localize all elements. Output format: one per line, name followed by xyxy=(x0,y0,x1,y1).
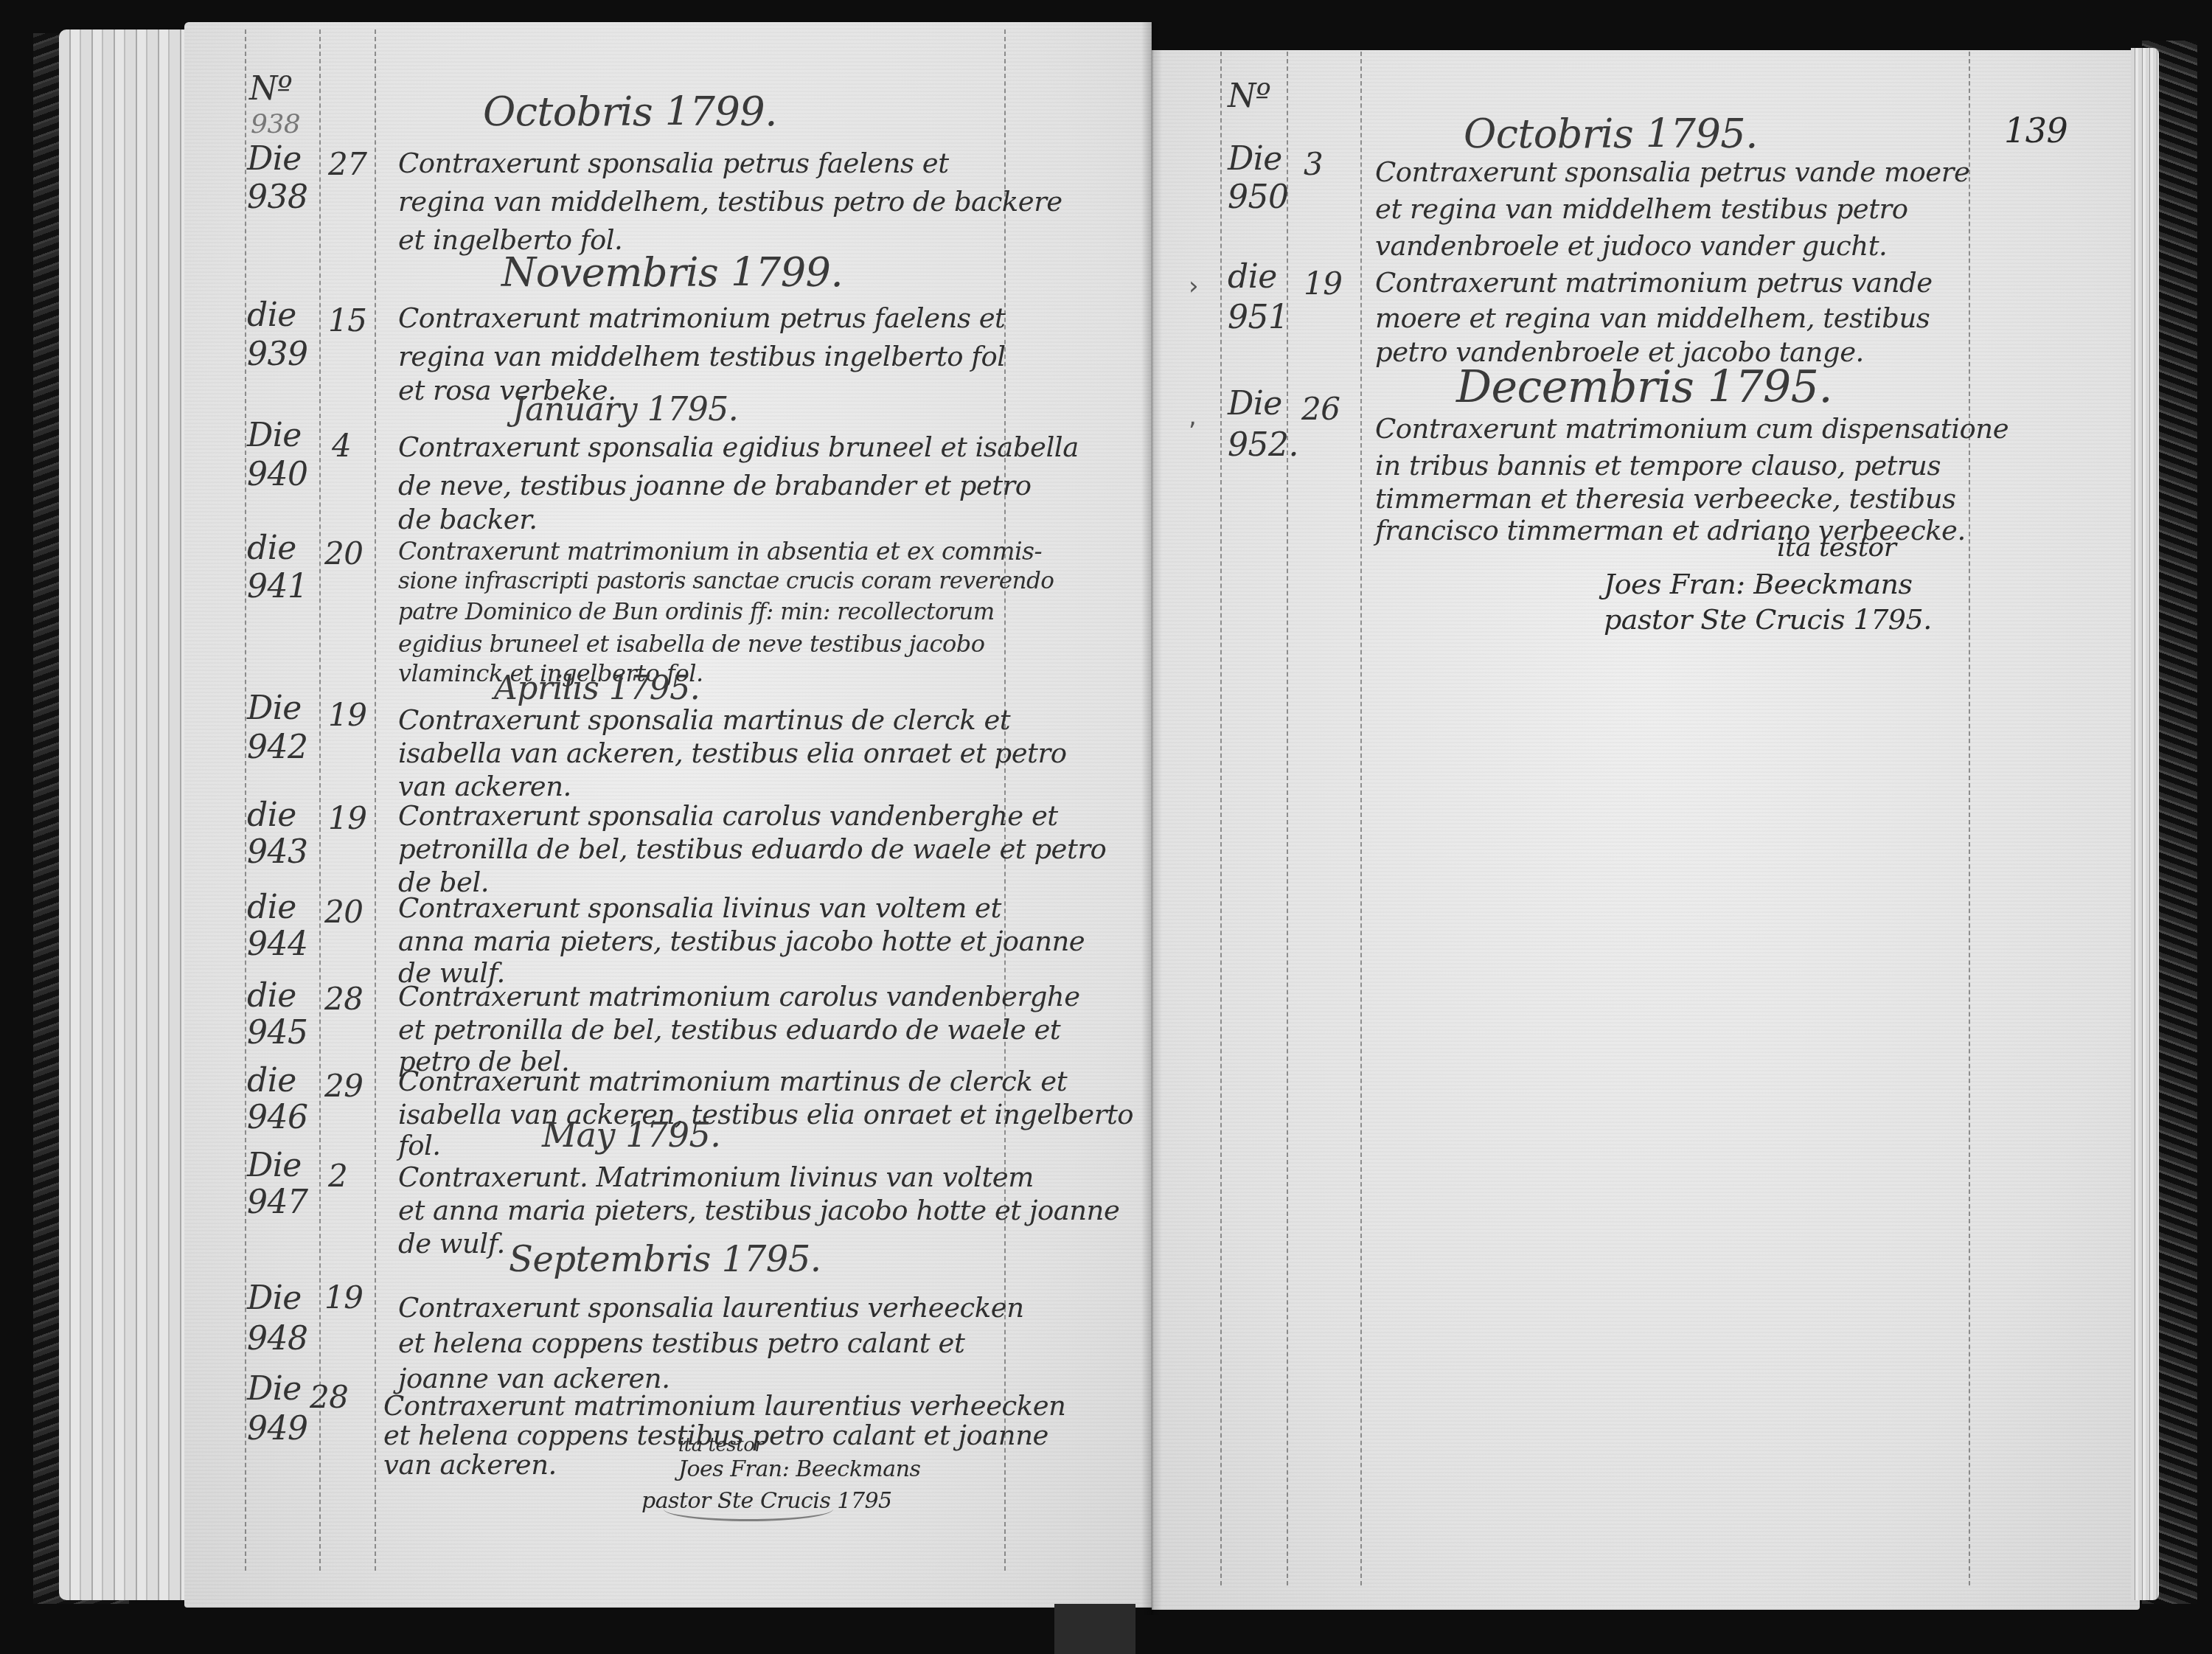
entry-text-line: Contraxerunt sponsalia petrus vande moer… xyxy=(1375,156,1969,188)
entry-number: 940 xyxy=(247,456,307,493)
header-number: 938 xyxy=(251,109,300,139)
month-heading: Novembris 1799. xyxy=(501,249,843,296)
entry-die: die xyxy=(247,977,296,1015)
entry-day: 2 xyxy=(328,1158,347,1194)
entry-day: 26 xyxy=(1301,391,1340,427)
entry-text-line: Contraxerunt. Matrimonium livinus van vo… xyxy=(398,1161,1034,1193)
entry-text-line: timmerman et theresia verbeecke, testibu… xyxy=(1375,483,1956,515)
entry-text-line: petronilla de bel, testibus eduardo de w… xyxy=(398,833,1106,865)
page-number: 139 xyxy=(2004,111,2067,150)
entry-day: 3 xyxy=(1304,146,1323,182)
month-heading: Octobris 1799. xyxy=(483,88,777,135)
entry-text-line: anna maria pieters, testibus jacobo hott… xyxy=(398,925,1085,957)
margin-mark: › xyxy=(1189,271,1199,301)
entry-text-line: sione infrascripti pastoris sanctae cruc… xyxy=(398,568,1054,594)
ruled-line xyxy=(1220,52,1222,1585)
entry-text-line: Contraxerunt sponsalia egidius bruneel e… xyxy=(398,431,1079,463)
ruled-line xyxy=(245,29,246,1571)
entry-text-line: Contraxerunt matrimonium laurentius verh… xyxy=(383,1390,1065,1422)
entry-day: 27 xyxy=(328,146,366,182)
entry-number: 944 xyxy=(247,925,307,963)
attestation-text: ita testor xyxy=(1777,532,1896,563)
column-header-number: Nº xyxy=(1228,77,1270,115)
signature-title: pastor Ste Crucis 1795. xyxy=(1604,603,1932,636)
entry-day: 19 xyxy=(328,800,366,836)
ruled-line xyxy=(375,29,376,1571)
entry-text-line: isabella van ackeren, testibus elia onra… xyxy=(398,1099,1133,1130)
month-heading: Octobris 1795. xyxy=(1464,111,1758,157)
ruled-line xyxy=(1287,52,1288,1585)
entry-day: 19 xyxy=(324,1279,363,1316)
entry-number: 945 xyxy=(247,1014,307,1052)
entry-number: 941 xyxy=(247,568,307,605)
entry-text-line: de backer. xyxy=(398,504,538,535)
entry-text-line: vandenbroele et judoco vander gucht. xyxy=(1375,230,1887,262)
entry-text-line: regina van middelhem testibus ingelberto… xyxy=(398,341,1006,372)
entry-day: 28 xyxy=(310,1379,348,1415)
entry-die: die xyxy=(247,1062,296,1099)
entry-text-line: Contraxerunt sponsalia laurentius verhee… xyxy=(398,1292,1023,1324)
entry-day: 19 xyxy=(1304,265,1342,302)
entry-text-line: et petronilla de bel, testibus eduardo d… xyxy=(398,1014,1060,1046)
entry-die: Die xyxy=(1228,385,1282,423)
entry-number: 948 xyxy=(247,1320,307,1358)
entry-die: die xyxy=(247,296,296,334)
entry-text-line: Contraxerunt sponsalia petrus faelens et xyxy=(398,147,949,179)
entry-day: 19 xyxy=(328,697,366,733)
entry-text-line: patre Dominico de Bun ordinis ff: min: r… xyxy=(398,599,995,625)
signature-name: Joes Fran: Beeckmans xyxy=(1604,568,1913,600)
entry-number: 952. xyxy=(1228,426,1298,464)
column-header-number: Nº xyxy=(249,70,292,108)
entry-text-line: et regina van middelhem testibus petro xyxy=(1375,193,1908,225)
entry-die: Die xyxy=(1228,140,1282,178)
book-gutter xyxy=(1141,22,1162,1615)
entry-text-line: in tribus bannis et tempore clauso, petr… xyxy=(1375,450,1941,482)
entry-die: Die xyxy=(247,689,302,727)
entry-text-line: et anna maria pieters, testibus jacobo h… xyxy=(398,1195,1119,1226)
entry-text-line: Contraxerunt matrimonium martinus de cle… xyxy=(398,1066,1067,1097)
page-stack-right xyxy=(2131,48,2159,1600)
ruled-line xyxy=(1360,52,1362,1585)
book-spine xyxy=(1054,1604,1135,1654)
entry-die: die xyxy=(247,796,296,834)
month-heading: May 1795. xyxy=(542,1115,720,1155)
entry-number: 947 xyxy=(247,1184,307,1221)
entry-die: Die xyxy=(247,1370,302,1408)
entry-number: 950 xyxy=(1228,178,1288,216)
entry-die: die xyxy=(247,529,296,567)
margin-mark: , xyxy=(1189,402,1197,431)
entry-text-line: Contraxerunt sponsalia martinus de clerc… xyxy=(398,704,1010,736)
entry-text-line: egidius bruneel et isabella de neve test… xyxy=(398,630,984,658)
entry-die: die xyxy=(1228,258,1277,296)
entry-text-line: regina van middelhem, testibus petro de … xyxy=(398,186,1062,218)
entry-text-line: Contraxerunt matrimonium carolus vandenb… xyxy=(398,981,1080,1012)
ruled-line xyxy=(1969,52,1970,1585)
entry-day: 29 xyxy=(324,1068,363,1104)
entry-number: 938 xyxy=(247,178,307,216)
entry-day: 20 xyxy=(324,535,363,571)
entry-text-line: Contraxerunt matrimonium petrus vande xyxy=(1375,267,1933,299)
signature-name: Joes Fran: Beeckmans xyxy=(678,1456,920,1482)
month-heading: Septembris 1795. xyxy=(509,1239,821,1280)
entry-day: 28 xyxy=(324,981,363,1017)
entry-die: die xyxy=(247,889,296,926)
entry-number: 951 xyxy=(1228,299,1288,336)
entry-text-line: isabella van ackeren, testibus elia onra… xyxy=(398,737,1066,769)
signature-flourish xyxy=(664,1497,833,1521)
month-heading: Aprilis 1795. xyxy=(494,670,700,707)
entry-die: Die xyxy=(247,1279,302,1317)
entry-die: Die xyxy=(247,1147,302,1184)
month-heading: January 1795. xyxy=(512,391,738,428)
entry-text-line: Contraxerunt matrimonium petrus faelens … xyxy=(398,302,1005,334)
entry-text-line: de wulf. xyxy=(398,1228,505,1259)
entry-die: Die xyxy=(247,140,302,178)
entry-text-line: Contraxerunt sponsalia carolus vandenber… xyxy=(398,800,1058,832)
entry-text-line: van ackeren. xyxy=(398,771,571,802)
entry-text-line: van ackeren. xyxy=(383,1449,557,1481)
entry-text-line: de neve, testibus joanne de brabander et… xyxy=(398,470,1032,501)
entry-number: 943 xyxy=(247,833,307,871)
ruled-line xyxy=(319,29,321,1571)
entry-number: 946 xyxy=(247,1099,307,1136)
entry-day: 4 xyxy=(332,428,351,464)
entry-text-line: Contraxerunt matrimonium cum dispensatio… xyxy=(1375,413,2008,445)
entry-day: 15 xyxy=(328,302,366,338)
month-heading: Decembris 1795. xyxy=(1456,361,1832,413)
entry-number: 949 xyxy=(247,1410,307,1448)
entry-text-line: Contraxerunt sponsalia livinus van volte… xyxy=(398,892,1001,924)
entry-day: 20 xyxy=(324,894,363,930)
entry-text-line: et helena coppens testibus petro calant … xyxy=(398,1327,964,1359)
entry-text-line: fol. xyxy=(398,1130,441,1161)
entry-number: 942 xyxy=(247,729,307,766)
entry-number: 939 xyxy=(247,336,307,373)
entry-die: Die xyxy=(247,417,302,454)
entry-text-line: moere et regina van middelhem, testibus xyxy=(1375,302,1930,334)
entry-text-line: Contraxerunt matrimonium in absentia et … xyxy=(398,537,1042,566)
attestation-text: ita testor xyxy=(678,1434,763,1456)
